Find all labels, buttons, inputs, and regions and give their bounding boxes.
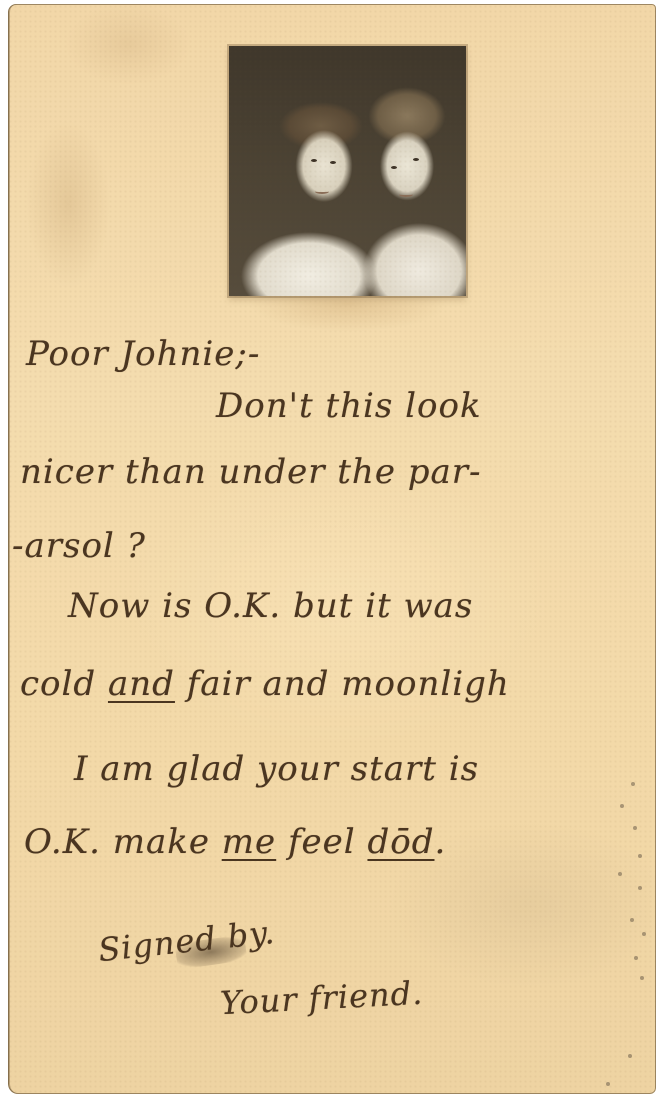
word-fair: fair [187, 664, 251, 704]
perforation-mark [628, 1054, 632, 1058]
letter-line-6: I am glad your start is [74, 749, 479, 789]
period: . [434, 822, 446, 862]
perforation-mark [638, 854, 642, 858]
salutation: Poor Johnie;- [26, 334, 260, 374]
word-cold: cold [20, 664, 96, 704]
perforation-mark [640, 976, 644, 980]
letter-line-1: Don't this look [216, 386, 482, 426]
word-dod-underlined: dōd [367, 822, 434, 862]
eye-right-subject-2 [413, 158, 419, 161]
closing-your-friend: Your friend. [219, 974, 424, 1023]
perforation-mark [631, 782, 635, 786]
letter-line-3: -arsol ? [12, 526, 146, 566]
word-me-underlined: me [222, 822, 276, 862]
word-and: and [263, 664, 330, 704]
mounted-photograph [229, 46, 466, 296]
perforation-mark [618, 872, 622, 876]
phrase-ok-make: O.K. make [24, 822, 210, 862]
perforation-mark [620, 804, 624, 808]
perforation-mark [630, 918, 634, 922]
letter-line-4: Now is O.K. but it was [68, 586, 473, 626]
eye-left-subject-2 [391, 166, 397, 169]
letter-line-7: O.K. make me feel dōd. [24, 822, 446, 862]
perforation-mark [633, 826, 637, 830]
word-and-underlined: and [108, 664, 175, 704]
portrait-two-women [229, 46, 466, 296]
letter-line-5: cold and fair and moonligh [20, 664, 510, 704]
smile-subject-2 [399, 192, 413, 197]
letter-line-2: nicer than under the par- [20, 452, 482, 492]
word-feel: feel [288, 822, 356, 862]
perforation-mark [638, 886, 642, 890]
eye-left-subject-1 [311, 159, 317, 162]
perforation-mark [606, 1082, 610, 1086]
perforation-mark [642, 932, 646, 936]
postcard: Poor Johnie;- Don't this look nicer than… [8, 4, 656, 1094]
perforation-mark [634, 956, 638, 960]
eye-right-subject-1 [330, 161, 336, 164]
smile-subject-1 [315, 189, 329, 194]
word-moonligh: moonligh [341, 664, 510, 704]
